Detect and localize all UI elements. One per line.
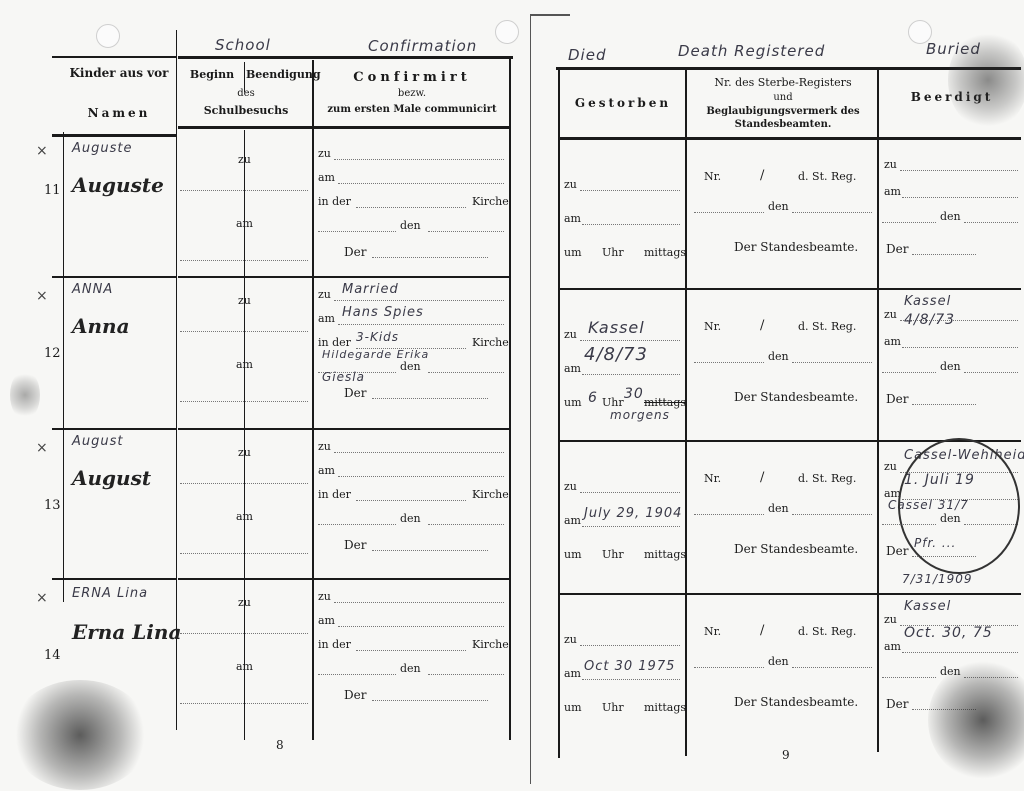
label-um: um [564,246,582,259]
label-am: am [564,667,581,680]
label-den: den [400,512,421,525]
header-certification: Beglaubigungsvermerk des [688,106,878,117]
label-zu: zu [318,288,331,301]
label-nr: Nr. [704,170,721,183]
signature: Anna [72,314,130,338]
table-row: zuamumUhrmittagsNr./d. St. Reg.denDer St… [528,140,1024,290]
annotation-death-registered: Death Registered [678,42,825,60]
label-der: Der [886,392,908,406]
header-died: Gestorben [560,96,686,110]
label-den: den [768,655,789,668]
label-zu: zu [318,590,331,603]
label-den: den [400,219,421,232]
row-number: 13 [44,498,61,513]
label-mittags: mittags [644,701,686,714]
row-number: 14 [44,648,61,663]
label-am: am [884,640,901,653]
label-der: Der [344,245,366,259]
label-zu: zu [564,480,577,493]
label-den: den [400,360,421,373]
label-am: am [318,464,335,477]
label-mittags: mittags [644,246,686,259]
label-st-reg: d. St. Reg. [798,320,856,333]
label-den: den [768,350,789,363]
annotation-school: School [215,36,271,54]
label-kirche: Kirche [472,195,509,208]
label-registrar: Der Standesbeamte. [734,542,858,556]
printed-name: August [72,434,124,449]
died-date[interactable]: Oct 30 1975 [584,659,675,674]
label-am: am [318,312,335,325]
label-am: am [236,217,253,230]
x-mark: × [36,590,48,606]
label-den: den [768,200,789,213]
label-zu: zu [564,633,577,646]
label-slash: / [760,470,764,485]
buried-date[interactable]: Oct. 30, 75 [904,625,993,641]
buried-place[interactable]: Kassel [904,599,951,614]
label-registrar: Der Standesbeamte. [734,390,858,404]
label-st-reg: d. St. Reg. [798,170,856,183]
page-number: 8 [276,738,284,752]
label-in-der: in der [318,488,351,501]
label-kirche: Kirche [472,336,509,349]
label-um: um [564,396,582,409]
buried-date[interactable]: 4/8/73 [904,312,955,328]
label-uhr: Uhr [602,548,624,561]
signature: Erna Lina [72,620,181,644]
died-minute[interactable]: 30 [624,386,644,402]
printed-name: ANNA [72,282,113,297]
label-registrar: Der Standesbeamte. [734,695,858,709]
table-row: ×13AugustAugustzuamzuamin derKirchedenDe… [0,430,528,580]
label-nr: Nr. [704,320,721,333]
header-register-nr: Nr. des Sterbe-Registers [688,76,878,89]
label-am: am [884,185,901,198]
table-row: ×12ANNAAnnazuamzuMarriedamHans Spiesin d… [0,278,528,430]
label-zu: zu [884,460,897,473]
label-der: Der [344,386,366,400]
label-uhr: Uhr [602,246,624,259]
right-page: Died Death Registered Buried Gestorben N… [528,0,1024,791]
label-uhr: Uhr [602,701,624,714]
label-um: um [564,548,582,561]
label-den: den [400,662,421,675]
punch-hole [495,20,519,44]
confirm-der-value[interactable]: Giesla [322,370,365,384]
header-end: Beendigung [246,68,312,81]
label-den: den [940,210,961,223]
label-mittags: mittags [644,548,686,561]
label-st-reg: d. St. Reg. [798,472,856,485]
row-number: 11 [44,183,61,198]
label-am: am [564,514,581,527]
header-bezw: bezw. [314,88,510,99]
died-hour[interactable]: 6 [588,390,598,406]
label-slash: / [760,318,764,333]
label-am: am [884,335,901,348]
header-begin: Beginn [180,68,244,81]
confirm-in-der-value[interactable]: 3-Kids [356,330,399,344]
label-registrar: Der Standesbeamte. [734,240,858,254]
printed-name: ERNA Lina [72,586,148,601]
table-row: zuKasselam4/8/73um6Uhr30mittagsmorgensNr… [528,290,1024,442]
label-slash: / [760,623,764,638]
label-am: am [318,171,335,184]
signature: Auguste [72,173,164,197]
table-row: ×11AugusteAugustezuamzuamin derKircheden… [0,137,528,278]
label-am: am [236,358,253,371]
x-mark: × [36,288,48,304]
label-am: am [564,362,581,375]
label-den: den [940,360,961,373]
header-registrar: Standesbeamten. [688,119,878,130]
label-zu: zu [884,308,897,321]
label-zu: zu [564,178,577,191]
died-date[interactable]: 4/8/73 [584,344,648,365]
label-der: Der [886,242,908,256]
header-school-attendance: Schulbesuchs [180,104,312,117]
confirm-zu-value[interactable]: Married [342,282,399,297]
label-zu: zu [238,596,251,609]
header-des: des [180,88,312,99]
annotation-confirmation: Confirmation [368,37,477,55]
buried-note[interactable]: 7/31/1909 [902,572,973,586]
label-zu: zu [238,446,251,459]
signature: August [72,466,151,490]
died-time-note[interactable]: morgens [610,408,670,422]
died-date[interactable]: July 29, 1904 [584,506,682,521]
label-nr: Nr. [704,472,721,485]
left-page: School Confirmation Kinder aus vor Namen… [0,0,528,791]
printed-name: Auguste [72,141,133,156]
header-names: Namen [60,106,178,120]
label-st-reg: d. St. Reg. [798,625,856,638]
header-first-communion: zum ersten Male communicirt [314,104,510,115]
header-children: Kinder aus vor [60,66,178,80]
label-kirche: Kirche [472,638,509,651]
label-slash: / [760,168,764,183]
label-am: am [236,510,253,523]
label-den: den [768,502,789,515]
header-und: und [688,92,878,103]
label-am: am [318,614,335,627]
label-der: Der [344,688,366,702]
label-am: am [236,660,253,673]
label-zu: zu [318,147,331,160]
x-mark: × [36,143,48,159]
punch-hole [96,24,120,48]
label-zu: zu [884,613,897,626]
confirm-am-value[interactable]: Hans Spies [342,305,424,320]
label-der: Der [886,697,908,711]
buried-place[interactable]: Kassel [904,294,951,309]
label-der: Der [886,544,908,558]
label-zu: zu [318,440,331,453]
label-nr: Nr. [704,625,721,638]
row-number: 12 [44,346,61,361]
label-in-der: in der [318,195,351,208]
label-kirche: Kirche [472,488,509,501]
page-number: 9 [782,748,790,762]
label-am: am [564,212,581,225]
label-zu: zu [238,153,251,166]
label-zu: zu [564,328,577,341]
x-mark: × [36,440,48,456]
header-confirmed: Confirmirt [314,70,510,85]
died-place[interactable]: Kassel [588,318,645,337]
annotation-died: Died [568,46,606,64]
label-der: Der [344,538,366,552]
label-um: um [564,701,582,714]
label-zu: zu [884,158,897,171]
label-in-der: in der [318,638,351,651]
church-stamp [898,438,1020,574]
label-zu: zu [238,294,251,307]
